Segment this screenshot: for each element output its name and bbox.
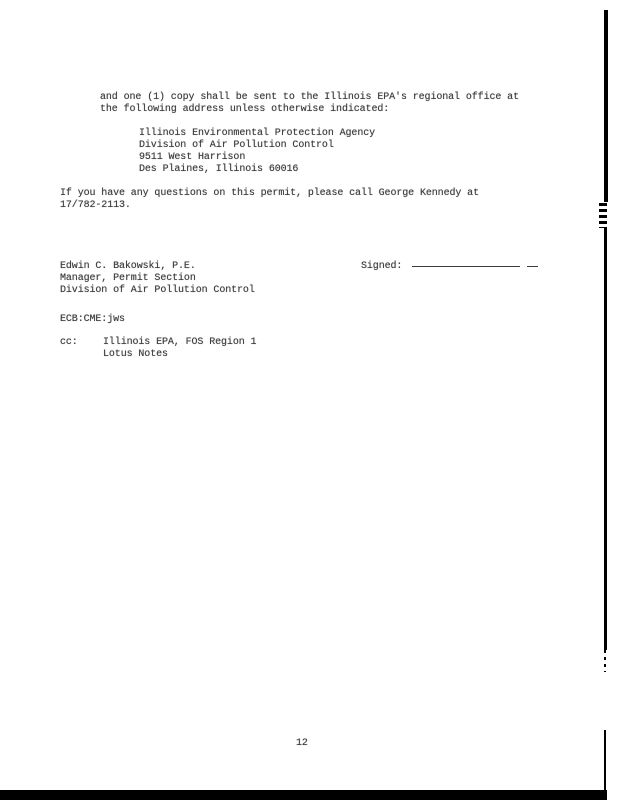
intro-paragraph-line: and one (1) copy shall be sent to the Il… bbox=[100, 92, 519, 104]
scan-edge-right-line-bottom bbox=[604, 730, 606, 790]
scan-edge-right-line bbox=[604, 10, 608, 202]
scan-edge-right-line-mid bbox=[604, 228, 607, 650]
signatory-name: Edwin C. Bakowski, P.E. bbox=[60, 261, 196, 273]
questions-paragraph-line: 17/782-2113. bbox=[60, 200, 131, 212]
intro-paragraph-line: the following address unless otherwise i… bbox=[100, 104, 389, 116]
cc-label: cc: bbox=[60, 337, 78, 349]
signatory-title: Manager, Permit Section bbox=[60, 273, 196, 285]
cc-item: Illinois EPA, FOS Region 1 bbox=[103, 337, 256, 349]
scanned-letter-page: and one (1) copy shall be sent to the Il… bbox=[0, 0, 622, 800]
cc-item: Lotus Notes bbox=[103, 349, 168, 361]
scan-edge-notch-marks bbox=[599, 203, 607, 228]
signed-label: Signed: bbox=[361, 261, 402, 273]
signatory-division: Division of Air Pollution Control bbox=[60, 285, 255, 297]
address-line: Division of Air Pollution Control bbox=[139, 140, 334, 152]
signature-line-end bbox=[527, 255, 538, 267]
typist-initials: ECB:CME:jws bbox=[60, 314, 125, 326]
signature-line bbox=[412, 255, 520, 267]
scan-edge-bottom-bar bbox=[0, 790, 607, 800]
questions-paragraph-line: If you have any questions on this permit… bbox=[60, 188, 479, 200]
address-line: Des Plaines, Illinois 60016 bbox=[139, 164, 298, 176]
address-line: Illinois Environmental Protection Agency bbox=[139, 128, 375, 140]
scan-edge-right-line-dotted bbox=[604, 650, 606, 672]
address-line: 9511 West Harrison bbox=[139, 152, 245, 164]
page-number: 12 bbox=[296, 738, 308, 750]
